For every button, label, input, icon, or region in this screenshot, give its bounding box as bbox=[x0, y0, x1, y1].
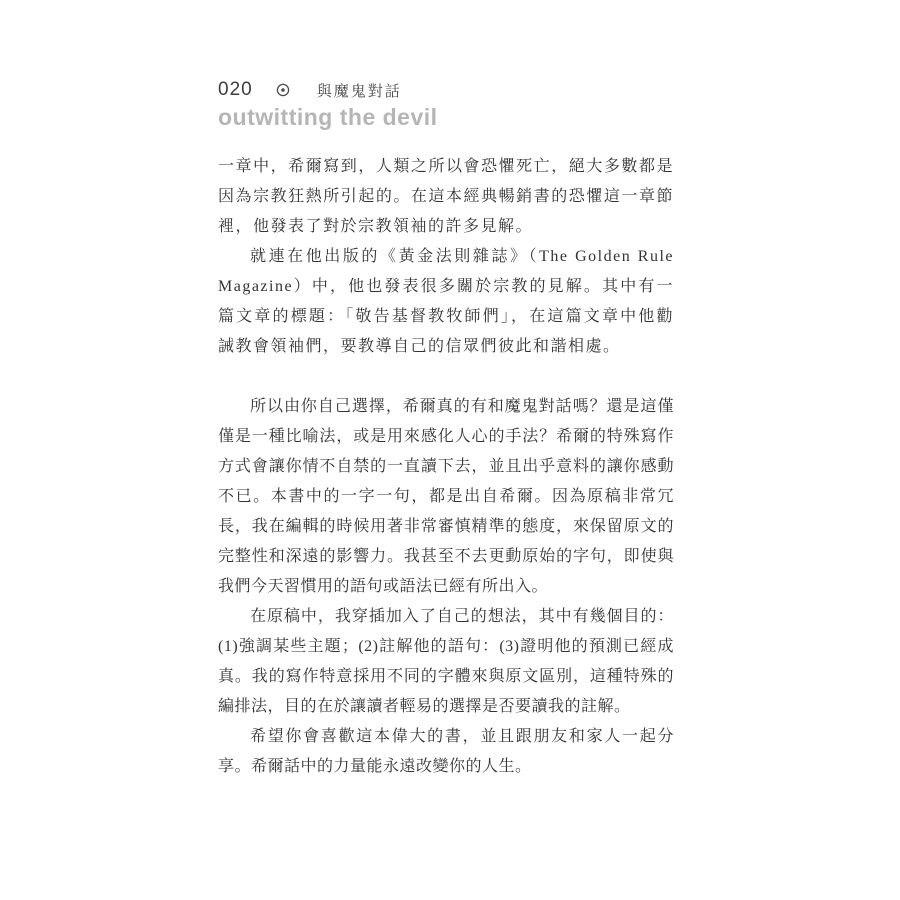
book-page: 020 與魔鬼對話 outwitting the devil 一章中，希爾寫到，… bbox=[0, 0, 900, 900]
section-gap bbox=[218, 362, 674, 392]
paragraph-original-1: 一章中，希爾寫到，人類之所以會恐懼死亡，絕大多數都是因為宗教狂熱所引起的。在這本… bbox=[218, 152, 674, 242]
page-header: 020 與魔鬼對話 outwitting the devil bbox=[218, 79, 698, 131]
book-title-zh: 與魔鬼對話 bbox=[317, 80, 402, 101]
header-row: 020 與魔鬼對話 bbox=[218, 79, 698, 101]
page-number: 020 bbox=[218, 79, 253, 101]
paragraph-editor-1: 所以由你自己選擇，希爾真的有和魔鬼對話嗎？還是這僅僅是一種比喻法，或是用來感化人… bbox=[218, 392, 674, 602]
paragraph-editor-3: 希望你會喜歡這本偉大的書，並且跟朋友和家人一起分享。希爾話中的力量能永遠改變你的… bbox=[218, 722, 674, 782]
target-dot-icon bbox=[275, 82, 291, 98]
paragraph-editor-2: 在原稿中，我穿插加入了自己的想法，其中有幾個目的：(1)強調某些主題；(2)註解… bbox=[218, 602, 674, 722]
paragraph-original-2: 就連在他出版的《黃金法則雜誌》（The Golden Rule Magazine… bbox=[218, 242, 674, 362]
book-title-en: outwitting the devil bbox=[218, 104, 698, 131]
page-body: 一章中，希爾寫到，人類之所以會恐懼死亡，絕大多數都是因為宗教狂熱所引起的。在這本… bbox=[218, 152, 674, 782]
